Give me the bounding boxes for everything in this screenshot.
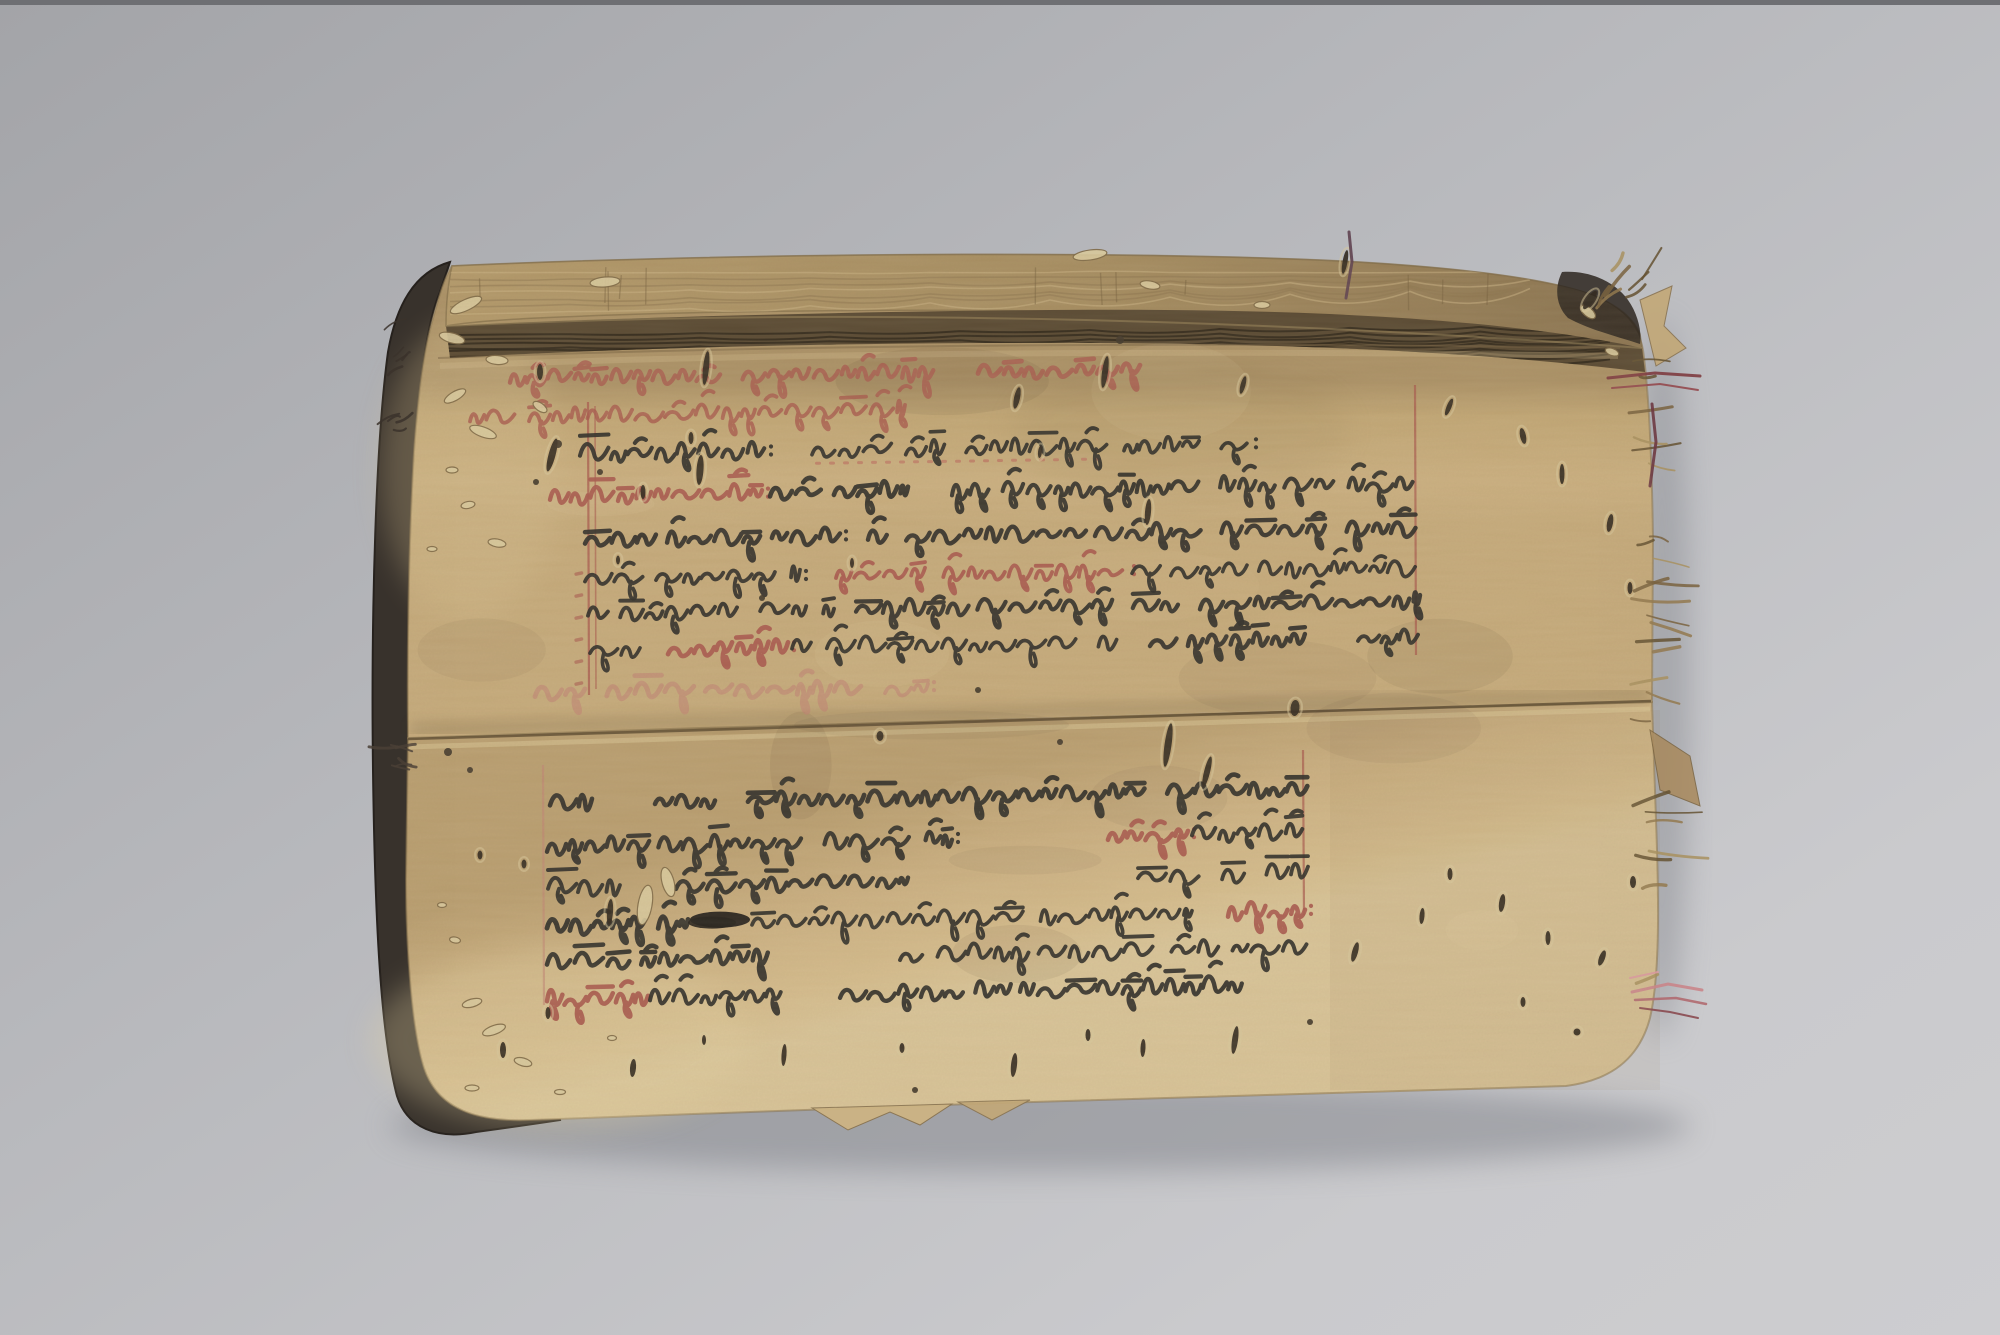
photo-stage	[0, 0, 2000, 1335]
manuscript-photograph	[0, 0, 2000, 1335]
backdrop-top-edge	[0, 0, 2000, 5]
manuscript-book	[360, 232, 1720, 1150]
paper-grain-texture	[360, 240, 1720, 1150]
